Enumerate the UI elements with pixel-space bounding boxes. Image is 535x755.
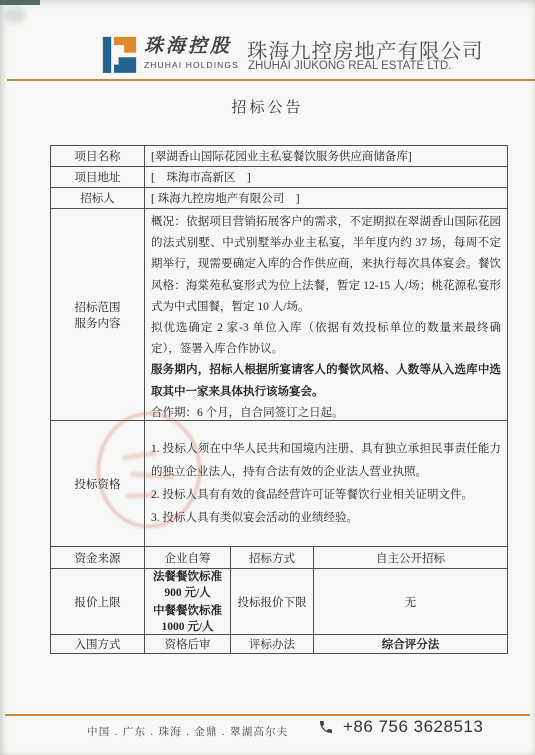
logo-brand-cn: 珠海控股 — [144, 36, 232, 58]
scope-overview-paragraph: 概况：依据项目营销拓展客户的需求，不定期拟在翠湖香山国际花园的法式别墅、中式别墅… — [151, 212, 501, 318]
scope-selection-paragraph: 拟优选确定 2 家-3 单位入库（依据有效投标单位的数量来最终确定），签署入库合… — [151, 318, 501, 360]
label-project-address: 项目地址 — [51, 167, 145, 187]
phone-icon — [318, 719, 334, 735]
qualification-item-1: 1. 投标人须在中华人民共和国境内注册、具有独立承担民事责任能力的独立企业法人，… — [151, 438, 501, 484]
scan-edge-artifact — [0, 0, 40, 5]
value-evaluation-method: 综合评分法 — [314, 635, 507, 653]
label-tender-method: 招标方式 — [231, 547, 314, 568]
value-price-cap: 法餐餐饮标准 900 元/人 中餐餐饮标准 1000 元/人 — [145, 569, 231, 634]
page-title: 招标公告 — [0, 96, 535, 117]
label-tenderee: 招标人 — [51, 188, 145, 208]
company-name-en: ZHUHAI JIUKONG REAL ESTATE LTD. — [248, 60, 451, 72]
footer-phone-number: +86 756 3628513 — [343, 717, 483, 737]
zhuhai-holdings-logo-icon — [101, 33, 138, 74]
table-row-project-address: 项目地址 [ 珠海市高新区 ] — [51, 167, 507, 188]
footer-divider-rule — [5, 714, 530, 716]
value-scope: 概况：依据项目营销拓展客户的需求，不定期拟在翠湖香山国际花园的法式别墅、中式别墅… — [145, 209, 507, 420]
price-cap-french: 法餐餐饮标准 900 元/人 — [145, 569, 230, 601]
scan-smudge-artifact — [5, 7, 25, 23]
qualification-item-2: 2. 投标人具有有效的食品经营许可证等餐饮行业相关证明文件。 — [151, 484, 501, 507]
value-project-name: [翠湖香山国际花园业主私宴餐饮服务供应商储备库] — [145, 146, 507, 166]
label-project-name: 项目名称 — [51, 146, 145, 166]
value-price-floor: 无 — [314, 569, 507, 634]
header-divider-rule — [7, 79, 535, 81]
value-funding-source: 企业自筹 — [145, 547, 231, 568]
label-funding-source: 资金来源 — [51, 547, 145, 568]
tender-info-table: 项目名称 [翠湖香山国际花园业主私宴餐饮服务供应商储备库] 项目地址 [ 珠海市… — [50, 145, 508, 654]
value-tender-method: 自主公开招标 — [314, 547, 507, 568]
table-row-funding: 资金来源 企业自筹 招标方式 自主公开招标 — [51, 547, 507, 569]
label-scope: 招标范围 服务内容 — [51, 209, 145, 420]
footer-address: 中国 . 广东 . 珠海 . 金鼎 . 翠湖高尔夫 — [87, 724, 289, 739]
price-cap-chinese: 中餐餐饮标准 1000 元/人 — [145, 603, 230, 635]
red-company-seal — [97, 412, 201, 528]
qualification-item-3: 3. 投标人具有类似宴会活动的业绩经验。 — [151, 507, 501, 530]
value-project-address: [ 珠海市高新区 ] — [145, 167, 507, 187]
table-row-shortlist: 入围方式 资格后审 评标办法 综合评分法 — [51, 635, 507, 653]
value-tenderee: [ 珠海九控房地产有限公司 ] — [145, 188, 507, 208]
table-row-price-cap: 报价上限 法餐餐饮标准 900 元/人 中餐餐饮标准 1000 元/人 投标报价… — [51, 569, 507, 635]
table-row-project-name: 项目名称 [翠湖香山国际花园业主私宴餐饮服务供应商储备库] — [51, 146, 507, 167]
label-price-cap: 报价上限 — [51, 569, 145, 634]
value-shortlist-method: 资格后审 — [145, 635, 231, 653]
tender-announcement-page: 珠海控股 ZHUHAI HOLDINGS 珠海九控房地产有限公司 ZHUHAI … — [0, 0, 535, 755]
footer-phone: +86 756 3628513 — [318, 717, 483, 737]
table-row-scope: 招标范围 服务内容 概况：依据项目营销拓展客户的需求，不定期拟在翠湖香山国际花园… — [51, 209, 507, 421]
label-shortlist-method: 入围方式 — [51, 635, 145, 653]
label-evaluation-method: 评标办法 — [231, 635, 314, 653]
scope-service-paragraph: 服务期内，招标人根据所宴请客人的餐饮风格、人数等从入选库中选取其中一家来具体执行… — [151, 360, 501, 402]
table-row-tenderee: 招标人 [ 珠海九控房地产有限公司 ] — [51, 188, 507, 209]
label-price-floor: 投标报价下限 — [231, 569, 314, 634]
logo-brand-en: ZHUHAI HOLDINGS — [144, 60, 239, 70]
